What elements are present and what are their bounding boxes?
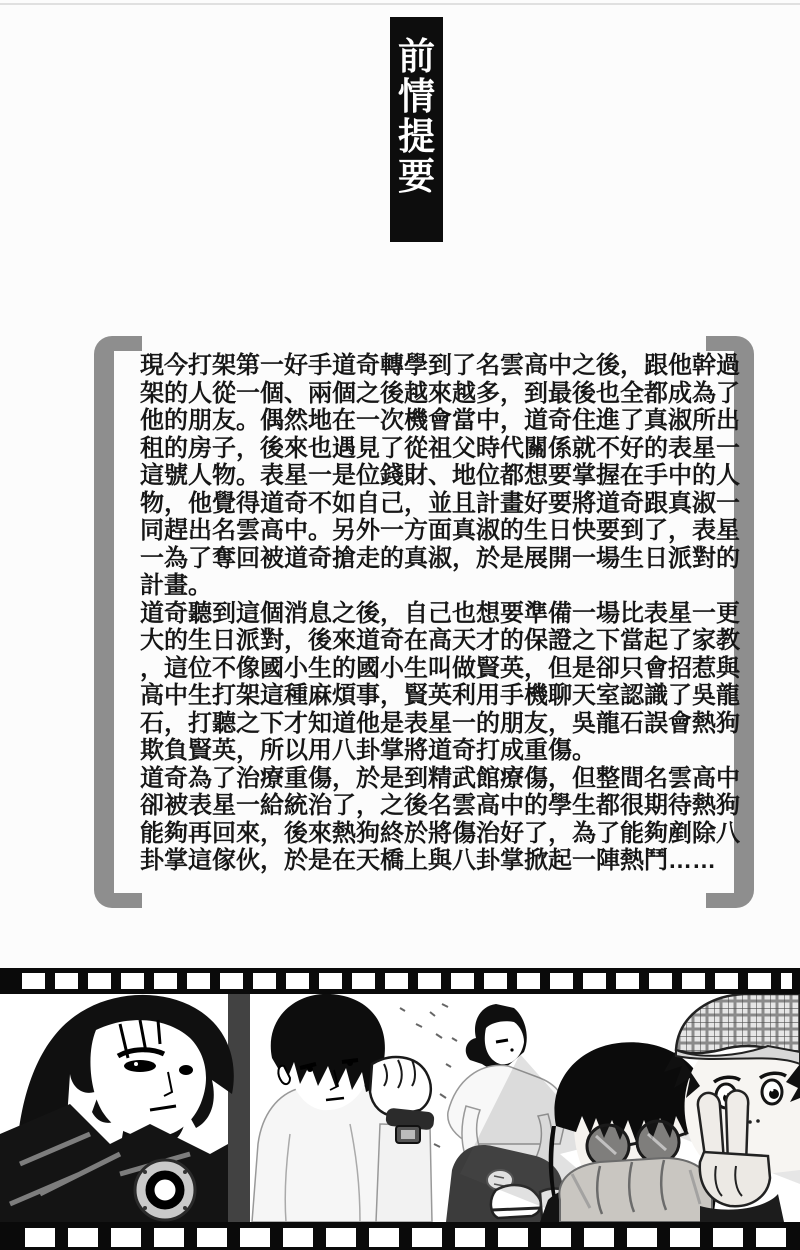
left-bracket (94, 336, 142, 908)
synopsis-line: 卻被表星一給統治了，之後名雲高中的學生都很期待熱狗 (140, 792, 702, 820)
figure-raised-fist-youth (252, 994, 435, 1222)
synopsis-line: 道奇為了治療重傷，於是到精武館療傷，但整間名雲高中 (140, 765, 702, 793)
film-sprocket-band-bottom (0, 1222, 800, 1250)
foreground-fist (559, 1158, 712, 1222)
film-artwork (0, 994, 800, 1222)
film-strip (0, 968, 800, 1250)
synopsis-line: 一為了奪回被道奇搶走的真淑，於是展開一場生日派對的 (140, 545, 702, 573)
film-sprocket-holes-bottom (25, 1228, 792, 1247)
film-sprocket-holes-top (22, 973, 792, 989)
banner-character: 前 (398, 37, 435, 77)
manga-recap-page: 前情提要 現今打架第一好手道奇轉學到了名雲高中之後，跟他幹過架的人從一個、兩個之… (0, 0, 800, 1250)
synopsis-line: 現今打架第一好手道奇轉學到了名雲高中之後，跟他幹過 (140, 352, 702, 380)
synopsis-line: 欺負賢英，所以用八卦掌將道奇打成重傷。 (140, 737, 702, 765)
banner-character: 提 (398, 117, 435, 157)
banner-character: 情 (398, 77, 435, 117)
synopsis-line: 計畫。 (140, 572, 702, 600)
synopsis-line: 架的人從一個、兩個之後越來越多，到最後也全都成為了 (140, 380, 702, 408)
synopsis-line: 租的房子，後來也遇見了從祖父時代關係就不好的表星一 (140, 435, 702, 463)
synopsis-line: ，這位不像國小生的國小生叫做賢英，但是卻只會招惹與 (140, 655, 702, 683)
synopsis-line: 石，打聽之下才知道他是表星一的朋友，吳龍石誤會熱狗 (140, 710, 702, 738)
synopsis-line: 他的朋友。偶然地在一次機會當中，道奇住進了真淑所出 (140, 407, 702, 435)
film-sprocket-band-top (0, 968, 800, 994)
page-top-rule (0, 3, 800, 5)
synopsis-line: 物，他覺得道奇不如自己，並且計畫好要將道奇跟真淑一 (140, 490, 702, 518)
synopsis-line: 能夠再回來，後來熱狗終於將傷治好了，為了能夠剷除八 (140, 820, 702, 848)
synopsis-text-block: 現今打架第一好手道奇轉學到了名雲高中之後，跟他幹過架的人從一個、兩個之後越來越多… (140, 352, 702, 875)
synopsis-line: 道奇聽到這個消息之後，自己也想要準備一場比表星一更 (140, 600, 702, 628)
synopsis-line: 同趕出名雲高中。另外一方面真淑的生日快要到了，表星 (140, 517, 702, 545)
title-banner: 前情提要 (390, 17, 443, 242)
synopsis-line: 大的生日派對，後來道奇在高天才的保證之下當起了家教 (140, 627, 702, 655)
figure-long-haired-fighter (0, 995, 234, 1222)
synopsis-line: 卦掌這傢伙，於是在天橋上與八卦掌掀起一陣熱鬥…… (140, 847, 702, 875)
banner-character: 要 (398, 157, 435, 197)
synopsis-line: 這號人物。表星一是位錢財、地位都想要掌握在手中的人 (140, 462, 702, 490)
synopsis-line: 高中生打架這種麻煩事，賢英利用手機聊天室認識了吳龍 (140, 682, 702, 710)
